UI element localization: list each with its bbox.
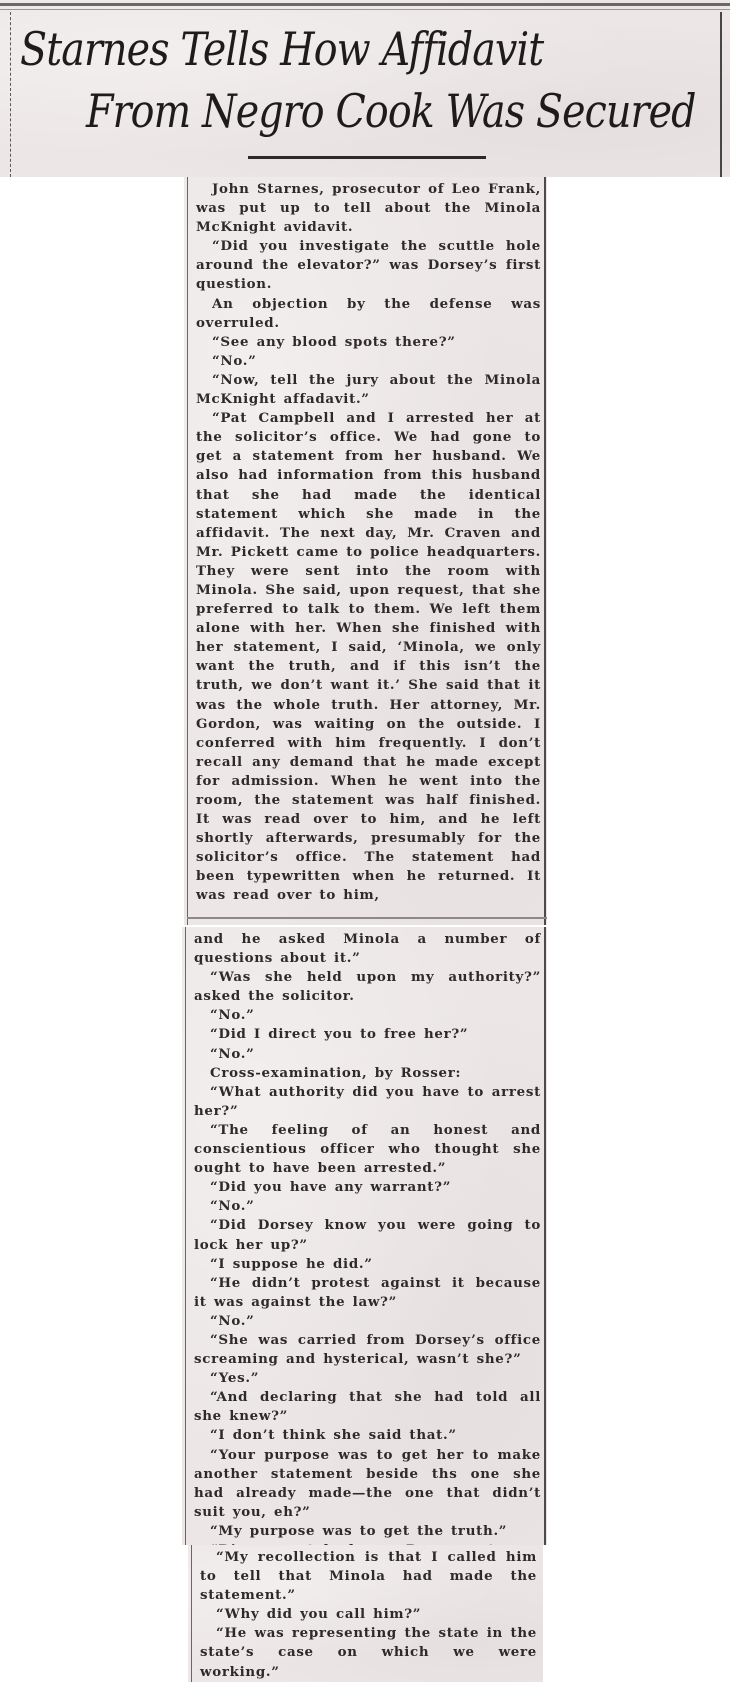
paragraph: “Was she held upon my authority?” asked … <box>194 968 541 1006</box>
column-rule-left <box>191 1545 192 1682</box>
column-rule-right <box>544 177 546 925</box>
top-border-rule <box>0 3 730 6</box>
paragraph: “My recollection is that I called him to… <box>200 1548 537 1605</box>
paragraph: “Why did you call him?” <box>200 1605 537 1624</box>
paragraph: “No.” <box>194 1312 541 1331</box>
column-rule-right <box>544 927 546 1545</box>
article-column-segment-2: and he asked Minola a number of question… <box>182 927 547 1545</box>
paragraph: “No.” <box>194 1006 541 1025</box>
column-rule-left <box>185 927 186 1545</box>
paragraph: “No.” <box>194 1045 541 1064</box>
paragraph: “Did Dorsey know you were going to lock … <box>194 1216 541 1254</box>
paragraph: and he asked Minola a number of question… <box>194 930 541 968</box>
article-column-segment-3: “My recollection is that I called him to… <box>188 1545 543 1682</box>
paragraph: “Did I direct you to free her?” <box>194 1025 541 1044</box>
paragraph: “My purpose was to get the truth.” <box>194 1522 541 1541</box>
paragraph: “What authority did you have to arrest h… <box>194 1083 541 1121</box>
article-column-segment-1: John Starnes, prosecutor of Leo Frank, w… <box>184 177 547 925</box>
paragraph: Cross-examination, by Rosser: <box>194 1064 541 1083</box>
segment-divider <box>187 917 547 919</box>
paragraph: “Did you investigate the scuttle hole ar… <box>196 237 541 294</box>
paragraph: An objection by the defense was overrule… <box>196 295 541 333</box>
paragraph: “The feeling of an honest and conscienti… <box>194 1121 541 1178</box>
paragraph: “Now, tell the jury about the Minola McK… <box>196 371 541 409</box>
column-rule-left <box>187 177 188 925</box>
paragraph: “I don’t think she said that.” <box>194 1426 541 1445</box>
left-column-rule <box>10 12 12 177</box>
paragraph: “He was representing the state in the st… <box>200 1624 537 1681</box>
paragraph: John Starnes, prosecutor of Leo Frank, w… <box>196 180 541 237</box>
paragraph: “See any blood spots there?” <box>196 333 541 352</box>
top-border-rule-thin <box>0 9 730 10</box>
paragraph: “Did you have any warrant?” <box>194 1178 541 1197</box>
paragraph: “I suppose he did.” <box>194 1255 541 1274</box>
headline-divider <box>248 156 486 159</box>
paragraph: “He didn’t protest against it because it… <box>194 1274 541 1312</box>
paragraph: “Pat Campbell and I arrested her at the … <box>196 409 541 905</box>
headline-line-1: Starnes Tells How Affidavit <box>20 22 543 76</box>
right-column-rule <box>720 12 722 177</box>
paragraph: “No.” <box>196 352 541 371</box>
headline-line-2: From Negro Cook Was Secured <box>86 84 696 138</box>
paragraph: “Your purpose was to get her to make ano… <box>194 1446 541 1522</box>
headline-clipping: Starnes Tells How Affidavit From Negro C… <box>0 0 730 177</box>
paragraph: “She was carried from Dorsey’s office sc… <box>194 1331 541 1369</box>
paragraph: “And declaring that she had told all she… <box>194 1388 541 1426</box>
paragraph: “Yes.” <box>194 1369 541 1388</box>
paragraph: “No.” <box>194 1197 541 1216</box>
